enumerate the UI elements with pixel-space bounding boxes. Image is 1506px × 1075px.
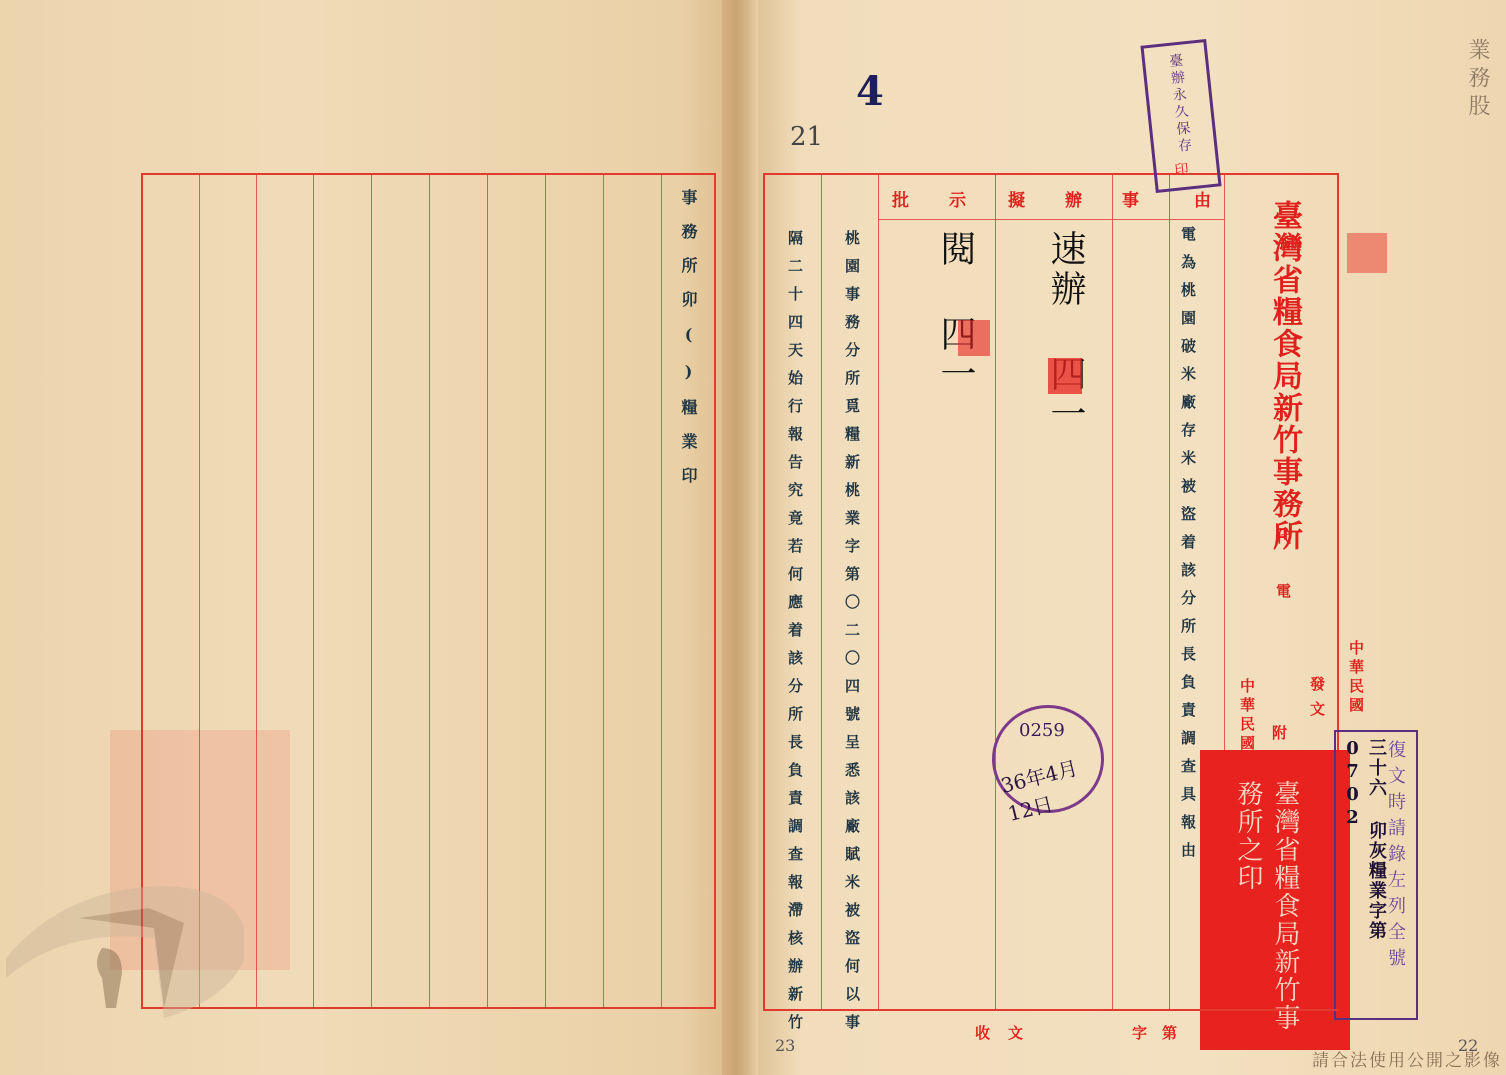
header-draft: 擬辦: [1008, 186, 1122, 211]
draft-handwriting: 速辦 四一: [1040, 230, 1091, 435]
usage-watermark: 請合法使用公開之影像: [1312, 1046, 1502, 1071]
header-subject: 事由: [1122, 186, 1266, 211]
roc-label-1: 中華民國: [1346, 640, 1367, 716]
reply-reference-stamp: 復文時請錄左列全號 三十六 卯灰糧業字第0702: [1334, 730, 1418, 1020]
archive-logo-icon: [4, 878, 244, 1018]
draft-personal-seal: [1048, 358, 1082, 394]
office-title-suffix2: 電: [1276, 580, 1291, 601]
right-margin-line: [1337, 173, 1339, 733]
corner-pencil-note: 業務股: [1462, 38, 1493, 122]
roc-label-2: 中華民國: [1237, 678, 1258, 754]
office-official-seal: 臺灣省糧食局新竹事務所之印: [1200, 750, 1350, 1050]
corner-small-seal: [1347, 233, 1387, 273]
footer-char-label: 字: [1132, 1022, 1165, 1043]
pencil-number-bottom-left: 23: [775, 1036, 795, 1055]
left-column-text: 事務所卯()糧業印: [677, 189, 700, 501]
instruction-handwriting: 閱 四一: [930, 230, 981, 395]
body-line-2: 隔二十四天始行報告究竟若何應着該分所長負責調查報滯核辦新竹: [785, 230, 806, 1042]
footer-receive-label: 收文: [975, 1022, 1041, 1043]
office-title: 臺灣省糧食局新竹事務所: [1262, 200, 1306, 552]
subject-text: 電為桃園破米廠存米被盜着該分所長負責調查具報由: [1178, 226, 1199, 870]
footer-number-label: 第: [1162, 1022, 1195, 1043]
office-title-suffix: 代: [1276, 526, 1291, 547]
header-instruction: 批示: [892, 186, 1006, 211]
received-date-stamp: 0259 36年4月12日: [992, 705, 1104, 813]
body-line-1: 桃園事務分所覓糧新桃業字第〇二〇四號呈悉該廠賦米被盜何以事: [842, 230, 863, 1042]
issue-label: 發文: [1307, 676, 1328, 726]
page-number-stamp: 4: [856, 68, 884, 115]
instruction-personal-seal: [958, 320, 990, 356]
pencil-number-top: 21: [790, 122, 823, 152]
book-spine: [722, 0, 758, 1075]
attachment-label: 附: [1272, 722, 1287, 743]
